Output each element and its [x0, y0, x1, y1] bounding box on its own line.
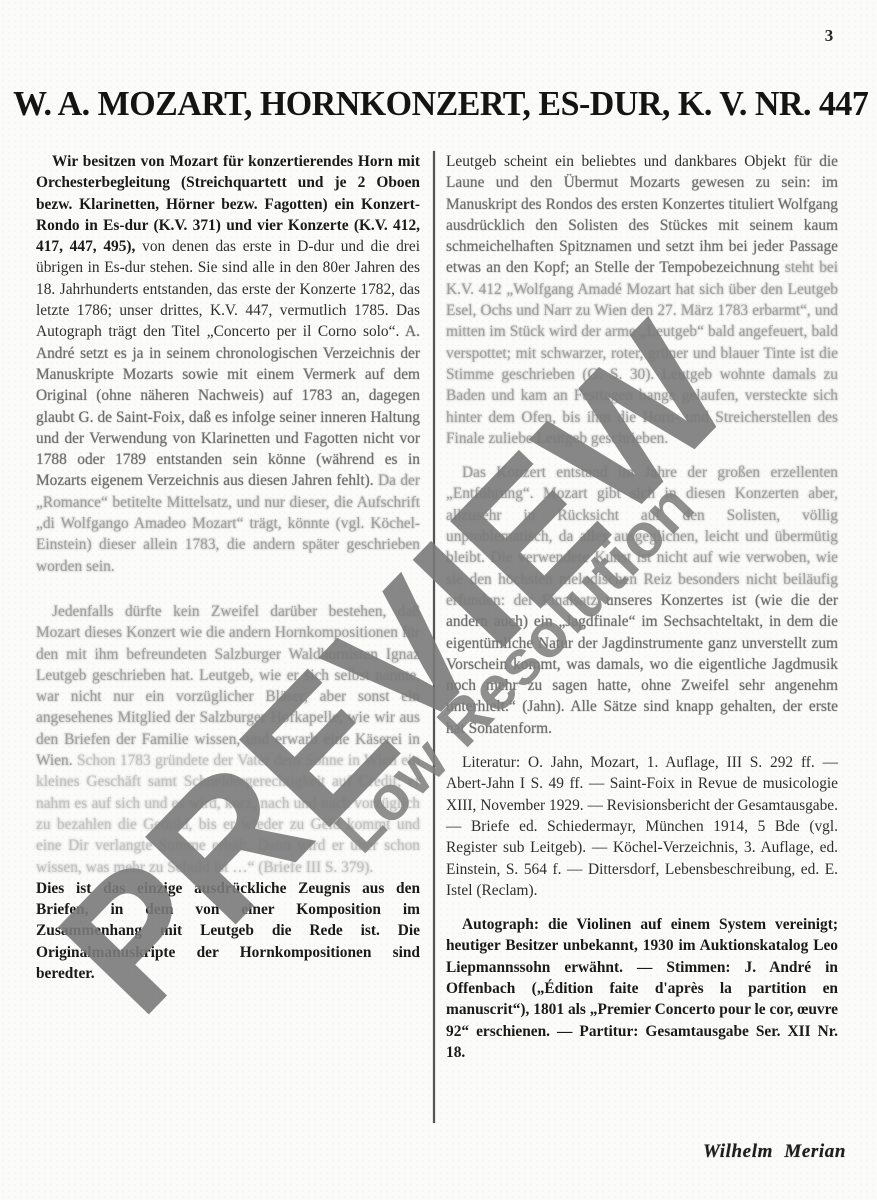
text-segment: Leutgeb scheint ein beliebtes und dankba…: [446, 153, 786, 170]
author-signature: Wilhelm Merian: [490, 1141, 846, 1163]
text-segment: Das Konzert entstand im Jahre der großen…: [446, 464, 838, 609]
right-paragraph-3-literatur: Literatur: O. Jahn, Mozart, 1. Auflage, …: [446, 752, 838, 901]
column-divider-rule: [433, 151, 435, 1123]
right-paragraph-4-autograph: Autograph: die Violinen auf einem System…: [446, 914, 838, 1063]
text-segment: unseres Konzertes ist (wie die der ander…: [446, 592, 838, 737]
text-segment: Autograph: die Violinen auf einem System…: [446, 916, 838, 1061]
right-column: Leutgeb scheint ein beliebtes und dankba…: [446, 151, 838, 1063]
text-segment: Jedenfalls dürfte kein Zweifel darüber b…: [36, 603, 420, 769]
text-segment: Dies ist das einzige ausdrückliche Zeugn…: [36, 880, 420, 982]
text-segment: Literatur: O. Jahn, Mozart, 1. Auflage, …: [446, 754, 838, 899]
left-paragraph-3-zeugnis: Dies ist das einzige ausdrückliche Zeugn…: [36, 878, 420, 984]
right-paragraph-1-leutgeb: Leutgeb scheint ein beliebtes und dankba…: [446, 151, 838, 449]
page-number: 3: [814, 26, 844, 46]
left-paragraph-2: Jedenfalls dürfte kein Zweifel darüber b…: [36, 601, 420, 878]
right-paragraph-2-jahn: Das Konzert entstand im Jahre der großen…: [446, 462, 838, 739]
text-segment: Schon 1783 gründete der Vater dem Sohne …: [36, 752, 420, 875]
page-title: W. A. MOZART, HORNKONZERT, ES-DUR, K. V.…: [13, 84, 864, 124]
scanned-preview-page: 3 W. A. MOZART, HORNKONZERT, ES-DUR, K. …: [0, 0, 877, 1200]
text-segment: für die Laune und den Übermut Mozarts ge…: [446, 153, 838, 276]
left-paragraph-1: Wir besitzen von Mozart für konzertieren…: [36, 151, 420, 577]
two-column-text-block: Wir besitzen von Mozart für konzertieren…: [36, 151, 842, 1126]
text-segment: A. André setzt es ja in seinem chronolog…: [36, 323, 420, 489]
left-column: Wir besitzen von Mozart für konzertieren…: [36, 151, 420, 984]
text-segment: steht bei K.V. 412 „Wolfgang Amadé Mozar…: [446, 259, 838, 446]
